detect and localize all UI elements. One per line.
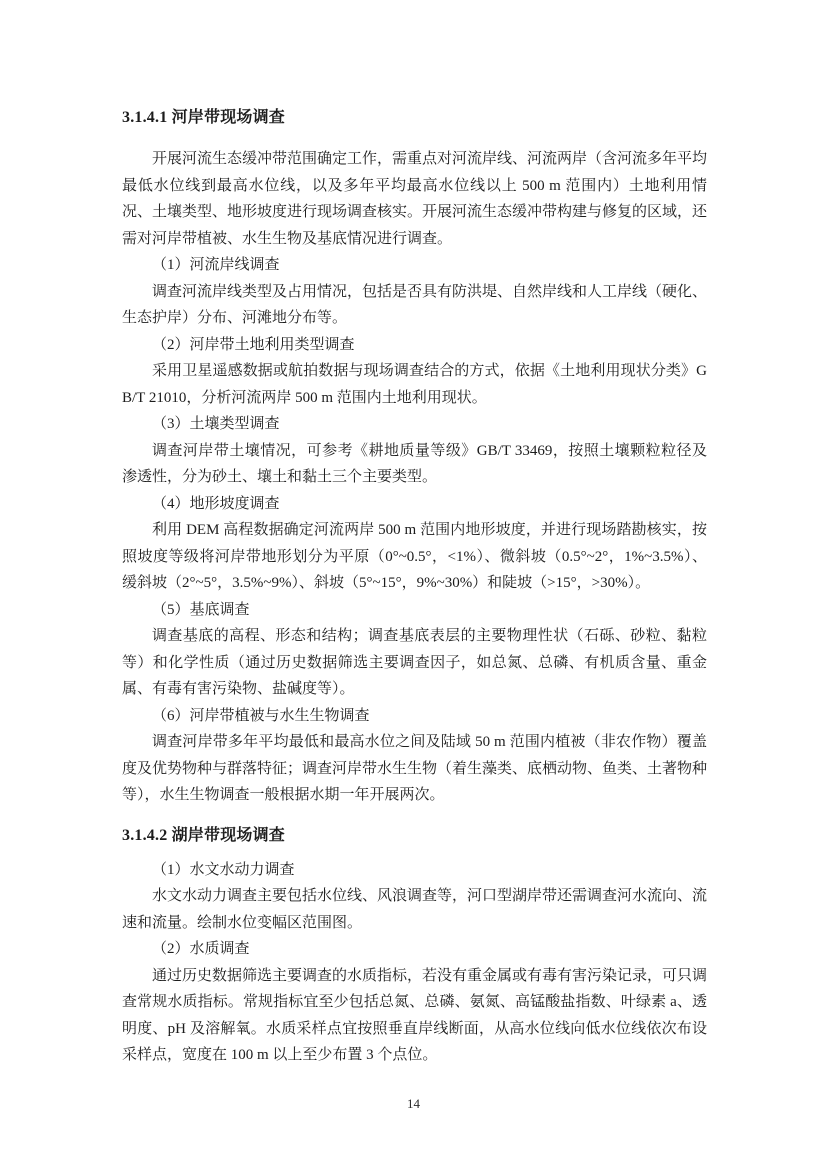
- body-paragraph: 调查基底的高程、形态和结构；调查基底表层的主要物理性状（石砾、砂粒、黏粒等）和化…: [122, 623, 707, 703]
- body-paragraph: 调查河岸带土壤情况，可参考《耕地质量等级》GB/T 33469，按照土壤颗粒粒径…: [122, 438, 707, 491]
- list-item-title: （4）地形坡度调查: [122, 491, 707, 518]
- document-content: 3.1.4.1 河岸带现场调查 开展河流生态缓冲带范围确定工作，需重点对河流岸线…: [122, 104, 707, 1069]
- page-number: 14: [0, 1096, 827, 1112]
- body-paragraph: 通过历史数据筛选主要调查的水质指标，若没有重金属或有毒有害污染记录，可只调查常规…: [122, 963, 707, 1069]
- list-item-title: （1）水文水动力调查: [122, 857, 707, 884]
- body-paragraph: 调查河流岸线类型及占用情况，包括是否具有防洪堤、自然岸线和人工岸线（硬化、生态护…: [122, 279, 707, 332]
- list-item-title: （3）土壤类型调查: [122, 411, 707, 438]
- document-page: 3.1.4.1 河岸带现场调查 开展河流生态缓冲带范围确定工作，需重点对河流岸线…: [0, 0, 827, 1169]
- body-paragraph: 开展河流生态缓冲带范围确定工作，需重点对河流岸线、河流两岸（含河流多年平均最低水…: [122, 146, 707, 252]
- list-item-title: （2）水质调查: [122, 936, 707, 963]
- body-paragraph: 水文水动力调查主要包括水位线、风浪调查等，河口型湖岸带还需调查河水流向、流速和流…: [122, 883, 707, 936]
- list-item-title: （2）河岸带土地利用类型调查: [122, 332, 707, 359]
- section-heading-river-bank-survey: 3.1.4.1 河岸带现场调查: [122, 104, 707, 131]
- list-item-title: （5）基底调查: [122, 597, 707, 624]
- section-heading-lake-bank-survey: 3.1.4.2 湖岸带现场调查: [122, 822, 707, 849]
- body-paragraph: 调查河岸带多年平均最低和最高水位之间及陆域 50 m 范围内植被（非农作物）覆盖…: [122, 729, 707, 809]
- body-paragraph: 利用 DEM 高程数据确定河流两岸 500 m 范围内地形坡度，并进行现场踏勘核…: [122, 517, 707, 597]
- body-paragraph: 采用卫星遥感数据或航拍数据与现场调查结合的方式，依据《土地利用现状分类》GB/T…: [122, 358, 707, 411]
- list-item-title: （6）河岸带植被与水生生物调查: [122, 703, 707, 730]
- list-item-title: （1）河流岸线调查: [122, 252, 707, 279]
